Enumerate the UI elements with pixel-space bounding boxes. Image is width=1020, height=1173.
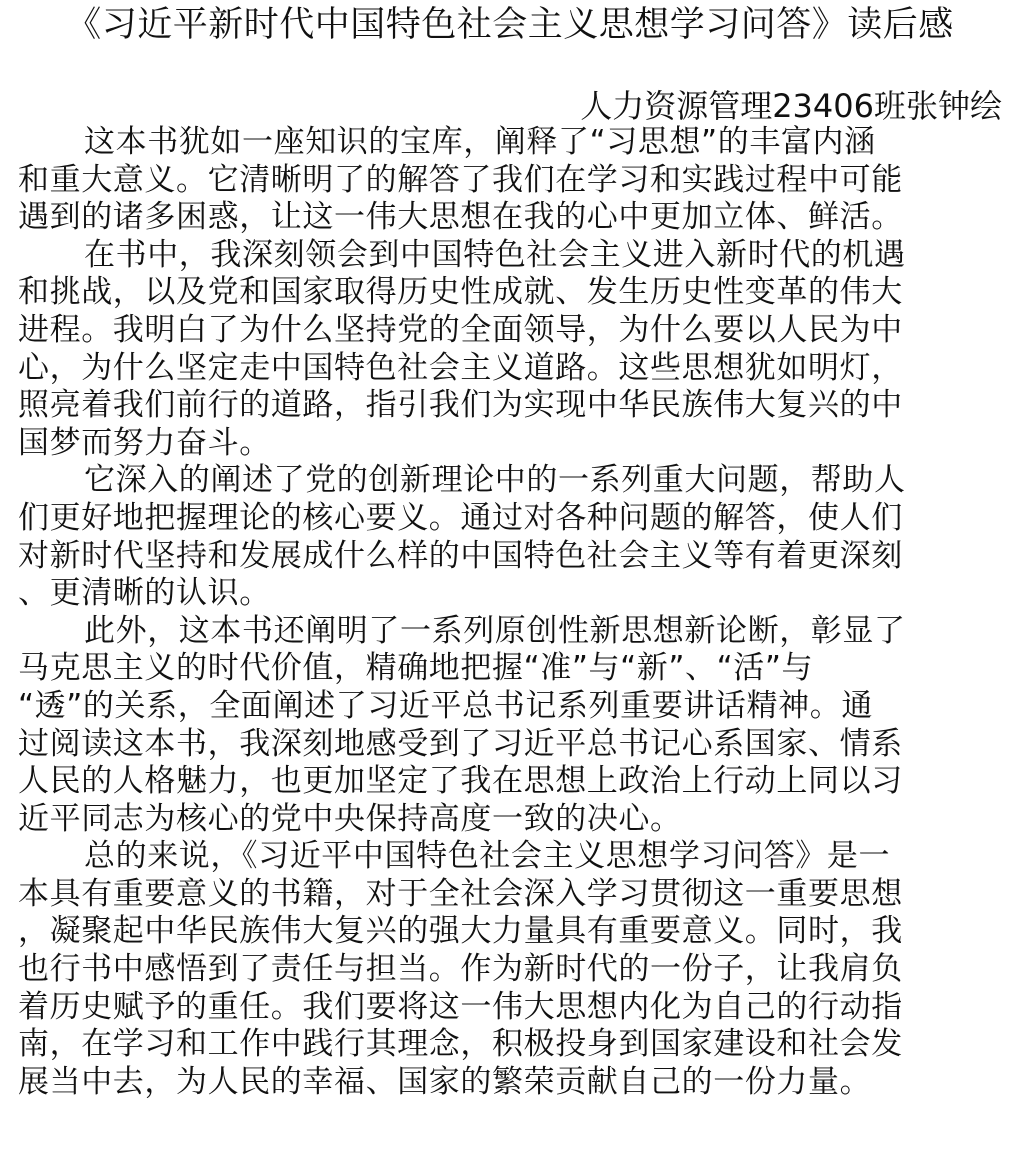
paragraph-4-line-2: 马克思主义的时代价值，精确地把握“准”与“新”、“活”与: [18, 650, 1008, 688]
author-line: 人力资源管理23406班张钟绘: [580, 86, 1002, 126]
paragraph-4-line-1: 此外，这本书还阐明了一系列原创性新思想新论断，彰显了: [18, 613, 1008, 651]
paragraph-5-line-4: 也行书中感悟到了责任与担当。作为新时代的一份子，让我肩负: [18, 951, 1008, 989]
paragraph-5-line-7: 展当中去，为人民的幸福、国家的繁荣贡献自己的一份力量。: [18, 1064, 1008, 1102]
paragraph-2-line-3: 进程。我明白了为什么坚持党的全面领导，为什么要以人民为中: [18, 312, 1008, 350]
paragraph-1-line-2: 和重大意义。它清晰明了的解答了我们在学习和实践过程中可能: [18, 162, 1008, 200]
paragraph-1-line-3: 遇到的诸多困惑，让这一伟大思想在我的心中更加立体、鲜活。: [18, 199, 1008, 237]
paragraph-5-line-5: 着历史赋予的重任。我们要将这一伟大思想内化为自己的行动指: [18, 989, 1008, 1027]
paragraph-4-line-3: “透”的关系，全面阐述了习近平总书记系列重要讲话精神。通: [18, 688, 1008, 726]
paragraph-2-line-1: 在书中，我深刻领会到中国特色社会主义进入新时代的机遇: [18, 237, 1008, 275]
document-title: 《习近平新时代中国特色社会主义思想学习问答》读后感: [0, 4, 1020, 46]
paragraph-2-line-2: 和挑战，以及党和国家取得历史性成就、发生历史性变革的伟大: [18, 274, 1008, 312]
paragraph-2-line-4: 心，为什么坚定走中国特色社会主义道路。这些思想犹如明灯，: [18, 350, 1008, 388]
paragraph-1-line-1: 这本书犹如一座知识的宝库，阐释了“习思想”的丰富内涵: [18, 124, 1008, 162]
paragraph-4-line-5: 人民的人格魅力，也更加坚定了我在思想上政治上行动上同以习: [18, 763, 1008, 801]
paragraph-2-line-5: 照亮着我们前行的道路，指引我们为实现中华民族伟大复兴的中: [18, 387, 1008, 425]
paragraph-5-line-3: ，凝聚起中华民族伟大复兴的强大力量具有重要意义。同时，我: [18, 913, 1008, 951]
paragraph-3-line-2: 们更好地把握理论的核心要义。通过对各种问题的解答，使人们: [18, 500, 1008, 538]
paragraph-5-line-2: 本具有重要意义的书籍，对于全社会深入学习贯彻这一重要思想: [18, 876, 1008, 914]
paragraph-4-line-6: 近平同志为核心的党中央保持高度一致的决心。: [18, 801, 1008, 839]
essay-body: 这本书犹如一座知识的宝库，阐释了“习思想”的丰富内涵 和重大意义。它清晰明了的解…: [18, 124, 1008, 1101]
paragraph-2-line-6: 国梦而努力奋斗。: [18, 425, 1008, 463]
paragraph-4-line-4: 过阅读这本书，我深刻地感受到了习近平总书记心系国家、情系: [18, 726, 1008, 764]
paragraph-3-line-1: 它深入的阐述了党的创新理论中的一系列重大问题，帮助人: [18, 462, 1008, 500]
paragraph-3-line-4: 、更清晰的认识。: [18, 575, 1008, 613]
paragraph-3-line-3: 对新时代坚持和发展成什么样的中国特色社会主义等有着更深刻: [18, 538, 1008, 576]
paragraph-5-line-1: 总的来说，《习近平中国特色社会主义思想学习问答》是一: [18, 838, 1008, 876]
paragraph-5-line-6: 南，在学习和工作中践行其理念，积极投身到国家建设和社会发: [18, 1026, 1008, 1064]
